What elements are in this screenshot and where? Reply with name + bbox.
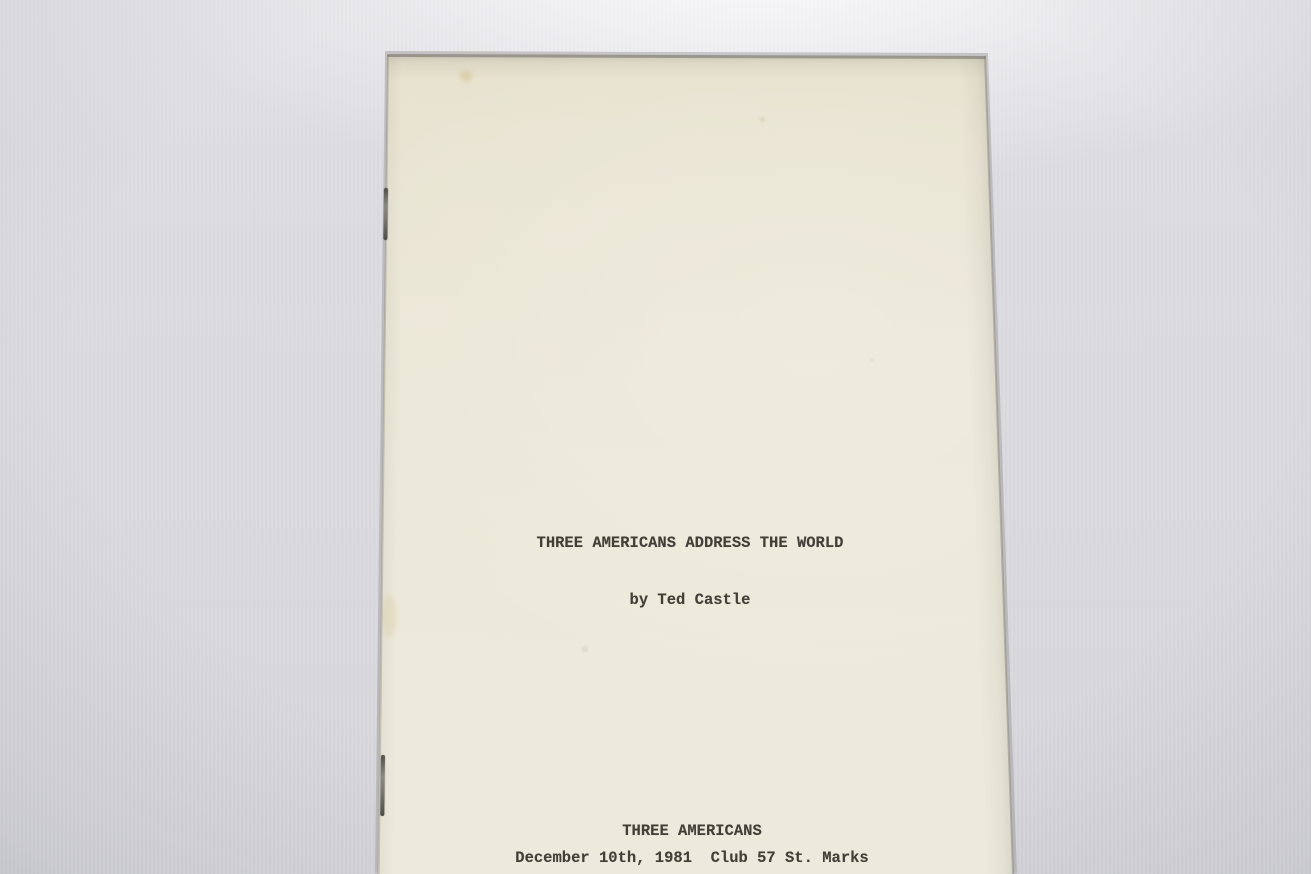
event-name: THREE AMERICANS <box>386 823 998 840</box>
paper-speck <box>760 117 765 122</box>
paper-speck <box>870 358 874 362</box>
event-date-venue: December 10th, 1981 Club 57 St. Marks <box>386 850 998 867</box>
booklet-byline: by Ted Castle <box>386 591 994 610</box>
staple-bottom <box>380 755 384 816</box>
staple-top <box>383 188 387 240</box>
booklet-title: THREE AMERICANS ADDRESS THE WORLD <box>386 534 994 553</box>
title-block: THREE AMERICANS ADDRESS THE WORLD by Ted… <box>386 496 994 648</box>
paper-stain <box>460 70 472 82</box>
photo: THREE AMERICANS ADDRESS THE WORLD by Ted… <box>0 0 1311 874</box>
